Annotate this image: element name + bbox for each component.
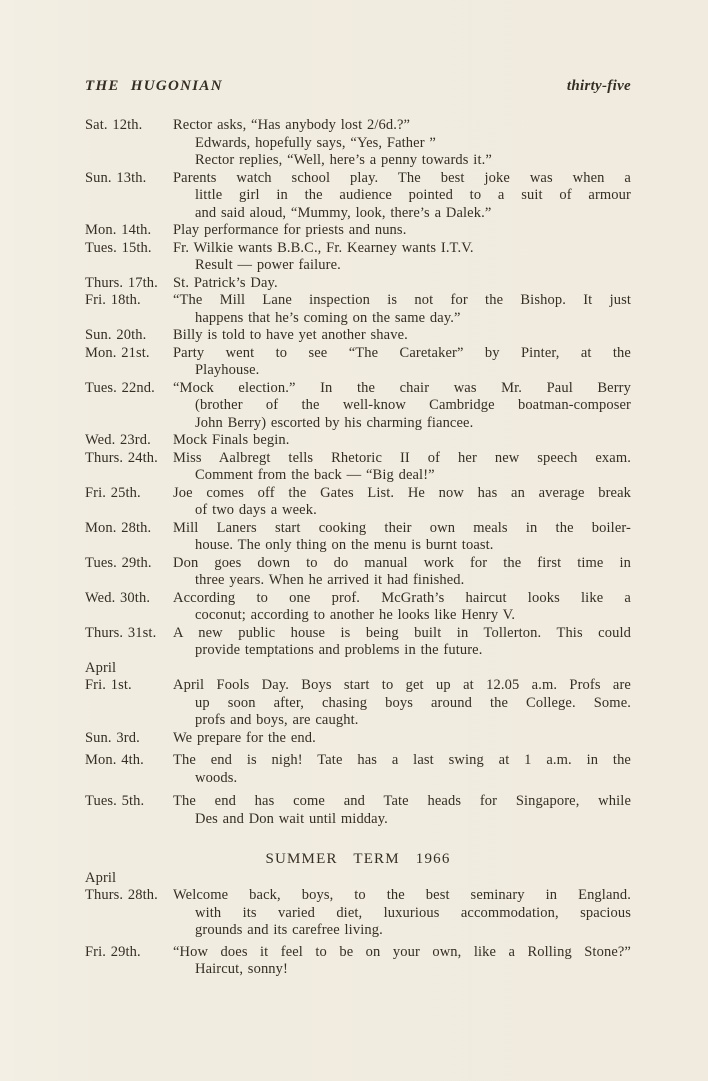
entry-line: Welcome back, boys, to the best seminary… [173,887,631,905]
entry-line: Playhouse. [173,362,631,380]
entry-line: Rector asks, “Has anybody lost 2/6d.?” [173,117,631,135]
entry-line: happens that he’s coming on the same day… [173,310,631,328]
diary-entry: Thurs. 17th.St. Patrick’s Day. [85,275,631,293]
entry-date: Wed. 23rd. [85,432,173,450]
entry-line: Fr. Wilkie wants B.B.C., Fr. Kearney wan… [173,240,631,258]
entry-date: Mon. 28th. [85,520,173,555]
entry-line: Des and Don wait until midday. [173,811,631,829]
entry-line: Comment from the back — “Big deal!” [173,467,631,485]
entry-body: Miss Aalbregt tells Rhetoric II of her n… [173,450,631,485]
entry-date: Tues. 29th. [85,555,173,590]
entry-line: Billy is told to have yet another shave. [173,327,631,345]
entry-line: Don goes down to do manual work for the … [173,555,631,573]
diary-entry: Mon. 4th.The end is nigh! Tate has a las… [85,752,631,787]
diary-entries: Sat. 12th.Rector asks, “Has anybody lost… [85,117,631,979]
page-content: THE HUGONIAN thirty-five Sat. 12th.Recto… [85,77,631,979]
diary-entry: Fri. 1st.April Fools Day. Boys start to … [85,677,631,730]
month-subheading: April [85,870,631,888]
entry-date: Mon. 14th. [85,222,173,240]
entry-line: Result — power failure. [173,257,631,275]
entry-line: According to one prof. McGrath’s haircut… [173,590,631,608]
entry-line: Miss Aalbregt tells Rhetoric II of her n… [173,450,631,468]
entry-line: “Mock election.” In the chair was Mr. Pa… [173,380,631,398]
entry-line: The end has come and Tate heads for Sing… [173,793,631,811]
entry-date: Sun. 20th. [85,327,173,345]
entry-line: The end is nigh! Tate has a last swing a… [173,752,631,770]
entry-date: Sat. 12th. [85,117,173,170]
entry-date: Sun. 13th. [85,170,173,223]
entry-line: up soon after, chasing boys around the C… [173,695,631,713]
entry-body: Welcome back, boys, to the best seminary… [173,887,631,940]
entry-line: grounds and its carefree living. [173,922,631,940]
entry-date: Sun. 3rd. [85,730,173,748]
entry-line: Party went to see “The Caretaker” by Pin… [173,345,631,363]
entry-date: Thurs. 24th. [85,450,173,485]
entry-line: We prepare for the end. [173,730,631,748]
entry-line: St. Patrick’s Day. [173,275,631,293]
diary-entry: Fri. 18th.“The Mill Lane inspection is n… [85,292,631,327]
entry-body: Rector asks, “Has anybody lost 2/6d.?”Ed… [173,117,631,170]
entry-date: Thurs. 31st. [85,625,173,660]
entry-line: provide temptations and problems in the … [173,642,631,660]
entry-line: Play performance for priests and nuns. [173,222,631,240]
term-heading: SUMMER TERM 1966 [85,851,631,869]
diary-entry: Fri. 29th.“How does it feel to be on you… [85,944,631,979]
page-header: THE HUGONIAN thirty-five [85,77,631,95]
entry-line: three years. When he arrived it had fini… [173,572,631,590]
entry-line: (brother of the well-know Cambridge boat… [173,397,631,415]
entry-date: Mon. 21st. [85,345,173,380]
entry-body: “Mock election.” In the chair was Mr. Pa… [173,380,631,433]
entry-body: We prepare for the end. [173,730,631,748]
entry-line: profs and boys, are caught. [173,712,631,730]
entry-line: coconut; according to another he looks l… [173,607,631,625]
entry-date: Wed. 30th. [85,590,173,625]
entry-date: Mon. 4th. [85,752,173,787]
entry-line: little girl in the audience pointed to a… [173,187,631,205]
entry-line: with its varied diet, luxurious accommod… [173,905,631,923]
entry-line: A new public house is being built in Tol… [173,625,631,643]
diary-entry: Tues. 15th.Fr. Wilkie wants B.B.C., Fr. … [85,240,631,275]
diary-entry: Thurs. 28th.Welcome back, boys, to the b… [85,887,631,940]
diary-entry: Sun. 3rd.We prepare for the end. [85,730,631,748]
entry-body: The end is nigh! Tate has a last swing a… [173,752,631,787]
entry-line: April Fools Day. Boys start to get up at… [173,677,631,695]
entry-body: Billy is told to have yet another shave. [173,327,631,345]
entry-date: Fri. 1st. [85,677,173,730]
entry-date: Fri. 29th. [85,944,173,979]
entry-date: Tues. 15th. [85,240,173,275]
entry-line: Parents watch school play. The best joke… [173,170,631,188]
entry-body: A new public house is being built in Tol… [173,625,631,660]
entry-line: Edwards, hopefully says, “Yes, Father ” [173,135,631,153]
entry-date: Fri. 18th. [85,292,173,327]
entry-line: woods. [173,770,631,788]
diary-entry: Wed. 23rd.Mock Finals begin. [85,432,631,450]
diary-entry: Fri. 25th.Joe comes off the Gates List. … [85,485,631,520]
diary-entry: Mon. 14th.Play performance for priests a… [85,222,631,240]
entry-date: Tues. 22nd. [85,380,173,433]
entry-body: Joe comes off the Gates List. He now has… [173,485,631,520]
entry-line: Mill Laners start cooking their own meal… [173,520,631,538]
entry-date: Thurs. 28th. [85,887,173,940]
entry-line: “How does it feel to be on your own, lik… [173,944,631,962]
entry-line: house. The only thing on the menu is bur… [173,537,631,555]
diary-entry: Thurs. 24th.Miss Aalbregt tells Rhetoric… [85,450,631,485]
diary-entry: Tues. 29th.Don goes down to do manual wo… [85,555,631,590]
entry-date: Tues. 5th. [85,793,173,828]
entry-body: Don goes down to do manual work for the … [173,555,631,590]
entry-date: Fri. 25th. [85,485,173,520]
entry-body: Mock Finals begin. [173,432,631,450]
diary-entry: Mon. 21st.Party went to see “The Caretak… [85,345,631,380]
entry-body: April Fools Day. Boys start to get up at… [173,677,631,730]
magazine-title: THE HUGONIAN [85,77,223,95]
entry-line: and said aloud, “Mummy, look, there’s a … [173,205,631,223]
entry-line: “The Mill Lane inspection is not for the… [173,292,631,310]
entry-body: Party went to see “The Caretaker” by Pin… [173,345,631,380]
diary-entry: Sun. 20th.Billy is told to have yet anot… [85,327,631,345]
entry-body: According to one prof. McGrath’s haircut… [173,590,631,625]
month-subheading: April [85,660,631,678]
diary-entry: Sat. 12th.Rector asks, “Has anybody lost… [85,117,631,170]
entry-line: Rector replies, “Well, here’s a penny to… [173,152,631,170]
entry-line: John Berry) escorted by his charming fia… [173,415,631,433]
entry-body: “How does it feel to be on your own, lik… [173,944,631,979]
page-number: thirty-five [567,77,631,95]
diary-entry: Tues. 22nd.“Mock election.” In the chair… [85,380,631,433]
diary-entry: Mon. 28th.Mill Laners start cooking thei… [85,520,631,555]
entry-body: Parents watch school play. The best joke… [173,170,631,223]
diary-entry: Sun. 13th.Parents watch school play. The… [85,170,631,223]
entry-body: “The Mill Lane inspection is not for the… [173,292,631,327]
entry-body: The end has come and Tate heads for Sing… [173,793,631,828]
entry-body: St. Patrick’s Day. [173,275,631,293]
entry-body: Mill Laners start cooking their own meal… [173,520,631,555]
scanned-page: THE HUGONIAN thirty-five Sat. 12th.Recto… [0,0,708,1081]
entry-body: Play performance for priests and nuns. [173,222,631,240]
entry-line: Joe comes off the Gates List. He now has… [173,485,631,503]
entry-body: Fr. Wilkie wants B.B.C., Fr. Kearney wan… [173,240,631,275]
entry-line: of two days a week. [173,502,631,520]
diary-entry: Wed. 30th.According to one prof. McGrath… [85,590,631,625]
entry-line: Haircut, sonny! [173,961,631,979]
entry-line: Mock Finals begin. [173,432,631,450]
diary-entry: Tues. 5th.The end has come and Tate head… [85,793,631,828]
entry-date: Thurs. 17th. [85,275,173,293]
diary-entry: Thurs. 31st.A new public house is being … [85,625,631,660]
